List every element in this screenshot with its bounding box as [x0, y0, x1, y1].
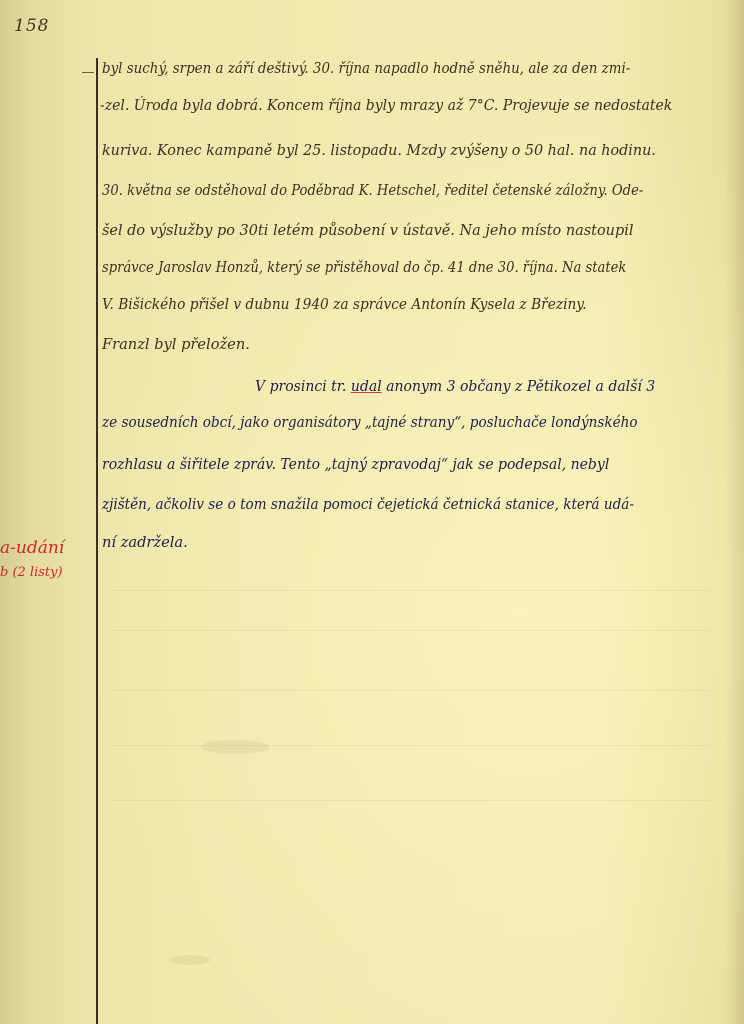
text-line: správce Jaroslav Honzů, který se přistěh…	[102, 259, 626, 277]
text-line: 30. května se odstěhoval do Poděbrad K. …	[102, 182, 643, 200]
paper-stain	[200, 740, 270, 754]
text-line: kuriva. Konec kampaně byl 25. listopadu.…	[102, 142, 656, 160]
text-line: byl suchý, srpen a září deštivý. 30. říj…	[102, 60, 630, 78]
paper-stain	[170, 955, 210, 965]
text-line: ní zadržela.	[102, 534, 188, 552]
text-line: Franzl byl přeložen.	[102, 336, 250, 354]
text-fragment: anonym 3 občany z Pětikozel a další 3	[382, 378, 656, 395]
chronicle-page: 158 byl suchý, srpen a září deštivý. 30.…	[0, 0, 744, 1024]
marginal-note-line1: a-udání	[0, 538, 64, 558]
left-margin-area	[0, 0, 97, 1024]
text-line: rozhlasu a šiřitele zpráv. Tento „tajný …	[102, 456, 609, 474]
margin-rule	[96, 58, 98, 1024]
margin-tick-mark	[82, 72, 94, 73]
faint-ruled-line	[110, 690, 710, 691]
text-fragment: V prosinci tr.	[255, 378, 351, 395]
faint-ruled-line	[110, 630, 710, 631]
text-line: -zel. Úroda byla dobrá. Koncem října byl…	[100, 97, 672, 115]
text-line: V. Bišického přišel v dubnu 1940 za sprá…	[102, 296, 587, 314]
faint-ruled-line	[110, 590, 710, 591]
marginal-note-line2: b (2 listy)	[0, 565, 63, 580]
text-line: šel do výslužby po 30ti letém působení v…	[102, 222, 633, 240]
text-line: V prosinci tr. udal anonym 3 občany z Pě…	[255, 378, 655, 396]
text-line: ze sousedních obcí, jako organisátory „t…	[102, 414, 638, 432]
faint-ruled-line	[110, 800, 710, 801]
text-line: zjištěn, ačkoliv se o tom snažila pomoci…	[102, 496, 634, 514]
page-number: 158	[14, 16, 49, 36]
underlined-word: udal	[351, 378, 382, 395]
